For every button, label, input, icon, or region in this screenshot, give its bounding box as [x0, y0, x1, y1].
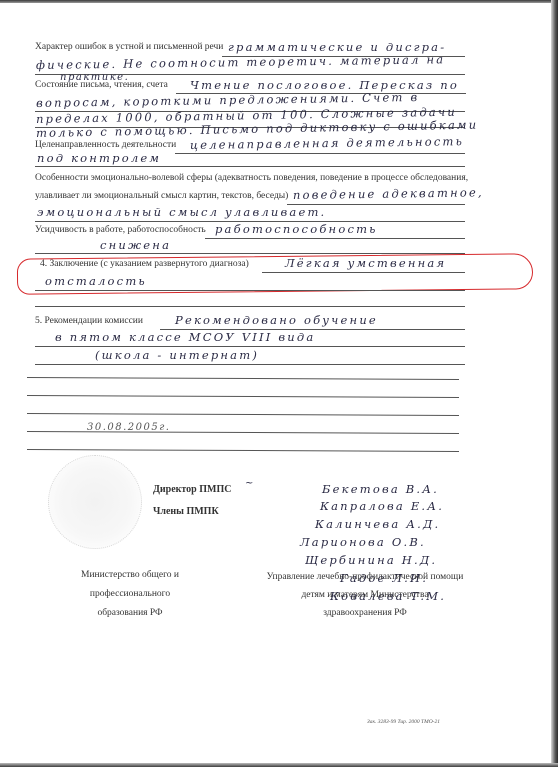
signature-scribble: ~ — [245, 478, 254, 489]
director-label: Директор ПМПС — [153, 484, 231, 495]
official-stamp — [48, 455, 142, 549]
rule — [27, 449, 459, 452]
rule — [27, 377, 459, 380]
member-name-4: Щербинина Н.Д. — [305, 553, 437, 567]
scan-edge-bottom — [0, 763, 558, 767]
purposefulness-value-1: целенаправленная деятельность — [190, 134, 464, 152]
emotional-sphere-label-2: улавливает ли эмоциональный смысл картин… — [35, 191, 288, 201]
ministry-right-line-1: Управление лечебно-профилактической помо… — [255, 572, 475, 582]
work-capacity-label: Усидчивость в работе, работоспособность — [35, 225, 206, 235]
rule — [175, 153, 465, 154]
recommendations-value-3: (школа - интернат) — [95, 348, 259, 362]
member-name-2: Калинчева А.Д. — [315, 517, 440, 531]
ministry-left-line-3: образования РФ — [60, 608, 200, 618]
ministry-right-line-2: детям и матерям Министерства — [255, 590, 475, 600]
rule — [35, 166, 465, 167]
ministry-left-line-1: Министерство общего и — [60, 570, 200, 580]
purposefulness-value-2: под контролем — [37, 151, 161, 165]
rule — [27, 395, 459, 398]
writing-reading-label: Состояние письма, чтения, счета — [35, 80, 168, 90]
rule — [35, 290, 465, 291]
member-name-1: Капралова Е.А. — [320, 499, 444, 513]
recommendations-value-2: в пятом классе МСОУ VIII вида — [55, 330, 315, 344]
rule — [205, 238, 465, 239]
director-name: Бекетова В.А. — [322, 482, 439, 496]
rule — [35, 346, 465, 347]
rule — [35, 306, 465, 307]
purposefulness-label: Целенаправленность деятельности — [35, 140, 176, 150]
emotional-sphere-label-1: Особенности эмоционально-волевой сферы (… — [35, 173, 468, 183]
speech-errors-label: Характер ошибок в устной и письменной ре… — [35, 42, 223, 52]
members-label: Члены ПМПК — [153, 506, 219, 517]
ministry-right-line-3: здравоохранения РФ — [255, 608, 475, 618]
rule — [27, 413, 459, 416]
emotional-sphere-value-2: эмоциональный смысл улавливает. — [37, 205, 326, 219]
scan-edge-top — [0, 0, 558, 3]
print-info: Зак. 3283-99 Тир. 2000 ТМО-21 — [367, 719, 440, 725]
rule — [262, 272, 465, 273]
work-capacity-value-1: работоспособность — [215, 222, 378, 236]
speech-errors-value-2: фические. Не соотносит теоретич. материа… — [36, 52, 445, 72]
conclusion-label: 4. Заключение (с указанием развернутого … — [40, 259, 249, 269]
rule — [35, 364, 465, 365]
scan-edge-right — [551, 0, 558, 767]
ministry-left-line-2: профессионального — [60, 589, 200, 599]
recommendations-value-1: Рекомендовано обучение — [175, 313, 378, 327]
recommendations-label: 5. Рекомендации комиссии — [35, 316, 143, 326]
conclusion-value-2: отсталость — [45, 274, 147, 288]
emotional-sphere-value-1: поведение адекватное, — [293, 185, 484, 202]
member-name-3: Ларионова О.В. — [300, 535, 426, 549]
work-capacity-value-2: снижена — [100, 238, 171, 252]
conclusion-value-1: Лёгкая умственная — [285, 256, 446, 270]
